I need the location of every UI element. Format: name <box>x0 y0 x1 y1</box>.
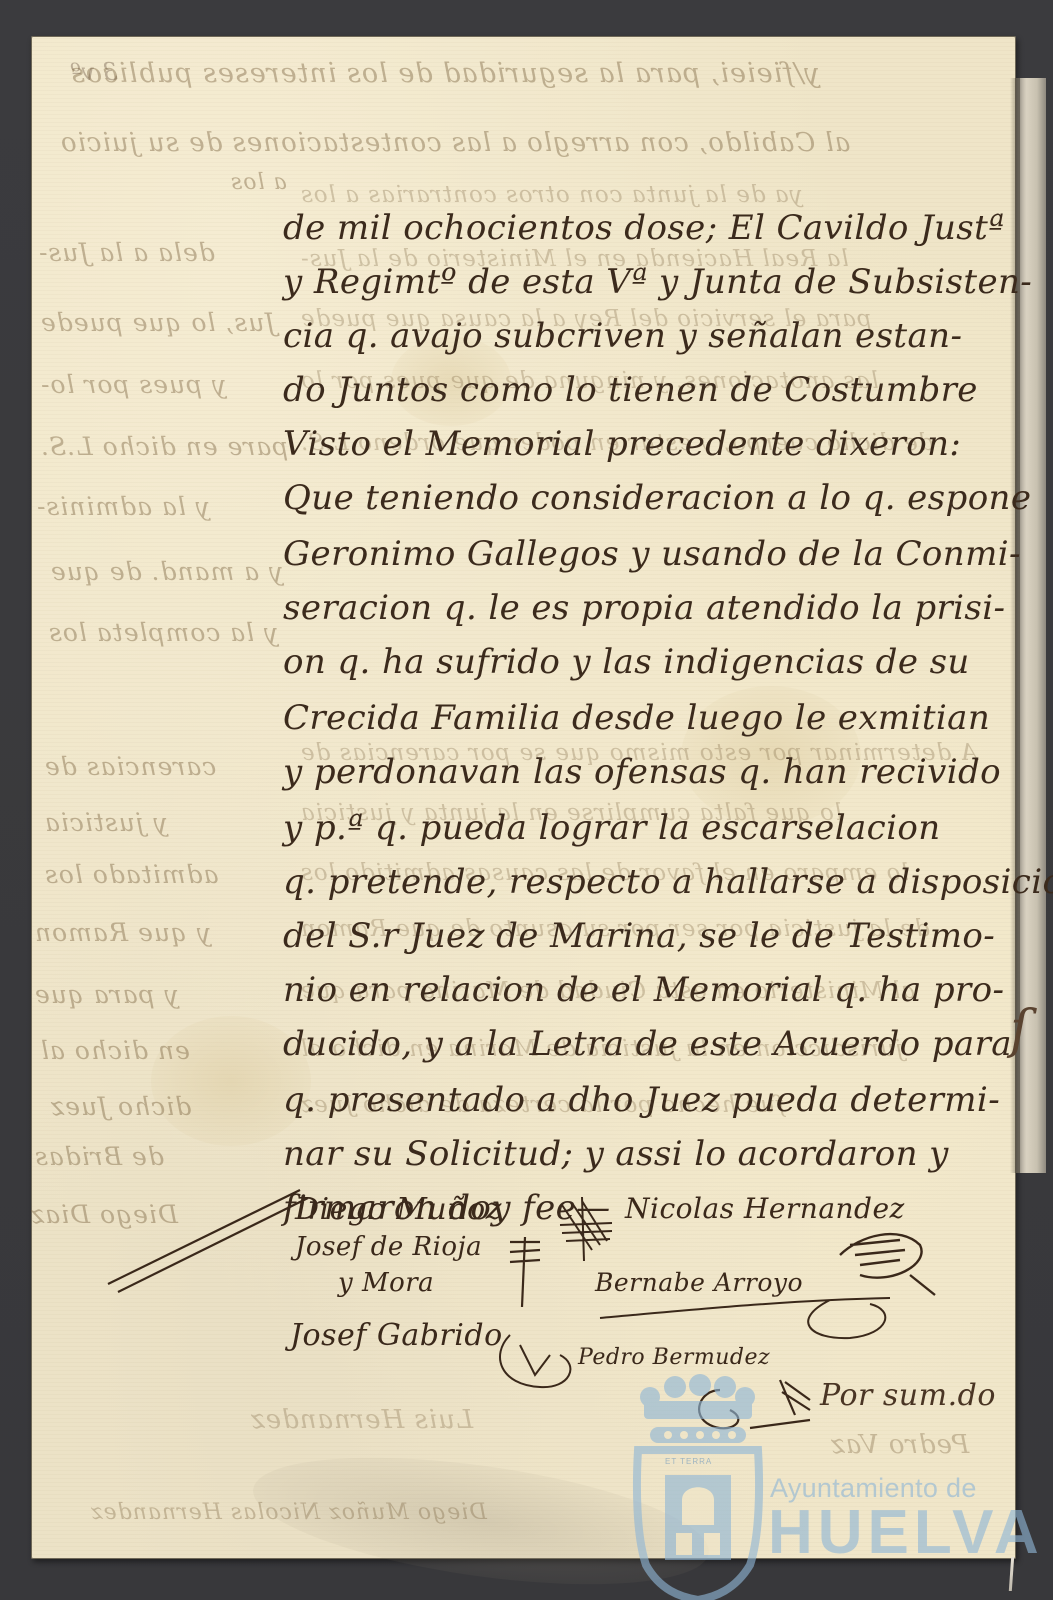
manuscript-line: cia q. avajo subcriven y señalan estan- <box>283 316 962 356</box>
manuscript-line: y p.ª q. pueda lograr la escarselacion <box>283 808 941 848</box>
manuscript-line: de mil ochocientos dose; El Cavildo Just… <box>283 208 1005 248</box>
bleed-through-fragment: Diego Diaz <box>30 1200 178 1229</box>
bleed-through-line: y/fieiei, para la seguridad de los inter… <box>70 58 820 89</box>
manuscript-line: y Regimtº de esta Vª y Junta de Subsiste… <box>283 262 1032 302</box>
manuscript-line: nio en relacion de el Memorial q. ha pro… <box>283 970 1004 1010</box>
bleed-through-fragment: en dicho al <box>40 1036 190 1065</box>
signature-bernabe-arroyo: Bernabe Arroyo <box>595 1268 803 1297</box>
bleed-through-fragment: y justicia <box>44 808 168 837</box>
bleed-through-fragment: a los <box>230 170 287 195</box>
bleed-through-line: ya de la junta con otros contrarias a lo… <box>300 182 803 208</box>
bleed-through-fragment: carencias de <box>44 752 216 781</box>
manuscript-line: ducido, y a la Letra de este Acuerdo par… <box>283 1024 1012 1064</box>
bleed-through-fragment: y pues por lo- <box>40 370 226 399</box>
bleed-through-fragment: admitado los <box>44 860 218 889</box>
bleed-through-line: al Cabildo, con arreglo a las contestaci… <box>60 128 850 158</box>
signature-josef-de-rioja: Josef de Rioja <box>295 1232 482 1262</box>
manuscript-line: q. presentado a dho Juez pueda determi- <box>283 1080 1000 1120</box>
bleed-through-fragment: y a mand. de que <box>50 557 283 586</box>
manuscript-line: do Juntos como lo tienen de Costumbre <box>283 370 978 410</box>
signature-diego-munoz: Diego Muñoz <box>295 1192 502 1227</box>
manuscript-line: q. pretende, respecto a hallarse a dispo… <box>283 862 1053 902</box>
margin-flourish: ſ <box>1010 1000 1029 1060</box>
coat-of-arms-icon <box>620 1365 770 1600</box>
bleed-through-fragment: y que Ramon <box>34 918 211 947</box>
ayuntamiento-huelva-watermark: ET TERRA Ayuntamiento de HUELVA <box>620 1365 1020 1600</box>
watermark-motto: ET TERRA <box>665 1457 712 1466</box>
bleed-through-signature: Luis Hernandez <box>250 1405 473 1435</box>
manuscript-line: Crecida Familia desde luego le exmitian <box>283 698 990 738</box>
bleed-through-fragment: dicho Juez <box>50 1092 191 1121</box>
manuscript-line: nar su Solicitud; y assi lo acordaron y <box>283 1134 949 1174</box>
manuscript-line: del S.r Juez de Marina, se le de Testimo… <box>283 916 995 956</box>
manuscript-line: Visto el Memorial precedente dixeron: <box>283 424 961 464</box>
bleed-through-fragment: y la completa los <box>48 618 278 647</box>
manuscript-line: Geronimo Gallegos y usando de la Conmi- <box>283 534 1021 574</box>
signature-josef-gabrido: Josef Gabrido <box>290 1318 503 1353</box>
manuscript-line: seracion q. le es propia atendido la pri… <box>283 588 1005 628</box>
bleed-through-fragment: de Bridas <box>34 1142 164 1171</box>
bleed-through-line: Diego Muñoz Nicolas Hernandez <box>90 1500 487 1525</box>
manuscript-line: Que teniendo consideracion a lo q. espon… <box>283 478 1031 518</box>
bleed-through-fragment: Jus, lo que puede <box>40 308 275 337</box>
bleed-through-fragment: y para que <box>34 980 179 1009</box>
signature-y-mora: y Mora <box>338 1268 434 1298</box>
watermark-line2: HUELVA <box>768 1497 1044 1568</box>
bleed-through-fragment: dela a la Jus- <box>38 238 215 267</box>
manuscript-line: y perdonavan las ofensas q. han recivido <box>283 752 1001 792</box>
manuscript-line: on q. ha sufrido y las indigencias de su <box>283 642 970 682</box>
bleed-through-fragment: pare en dicho L.S. <box>40 432 288 461</box>
bleed-through-fragment: y la adminis- <box>36 492 210 521</box>
signature-nicolas-hernandez: Nicolas Hernandez <box>625 1192 905 1225</box>
